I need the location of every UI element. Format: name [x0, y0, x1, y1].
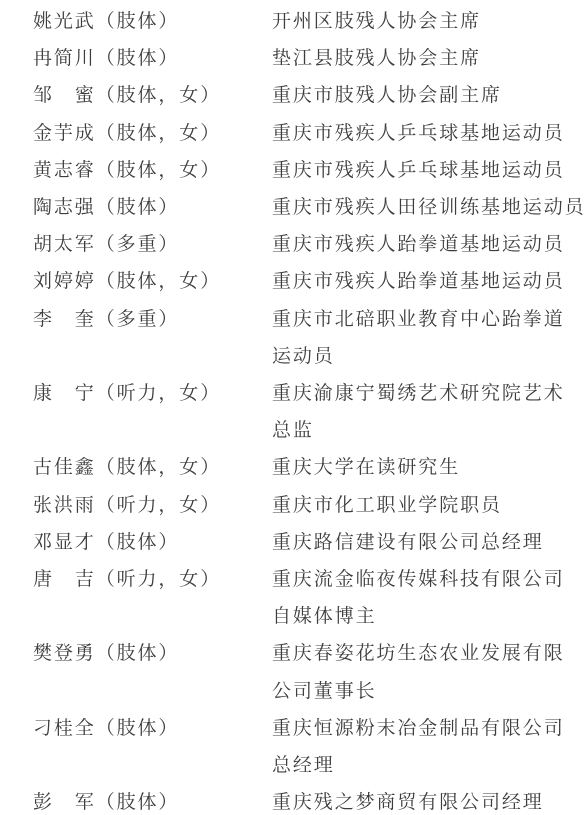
entry-name: 黄志睿（肢体，女） [33, 152, 272, 189]
entry-name: 康 宁（听力，女） [33, 375, 272, 412]
entry-title: 重庆市化工职业学院职员 [272, 487, 585, 524]
entry-title-line: 重庆市北碚职业教育中心跆拳道 [272, 301, 585, 338]
entry-title-line: 总经理 [272, 747, 585, 784]
entry-title-line: 开州区肢残人协会主席 [272, 3, 585, 40]
entry-name: 陶志强（肢体） [33, 189, 272, 226]
entry-title: 重庆春姿花坊生态农业发展有限公司董事长 [272, 635, 585, 709]
entry-title-line: 重庆大学在读研究生 [272, 449, 585, 486]
entry-name: 古佳鑫（肢体，女） [33, 449, 272, 486]
entry-title-line: 垫江县肢残人协会主席 [272, 40, 585, 77]
entry-name: 彭 军（肢体） [33, 784, 272, 815]
entry-title-line: 重庆流金临夜传媒科技有限公司 [272, 561, 585, 598]
entry-title: 重庆市残疾人乒乓球基地运动员 [272, 152, 585, 189]
list-entry-row: 黄志睿（肢体，女） 重庆市残疾人乒乓球基地运动员 [33, 152, 585, 189]
list-entry-row: 唐 吉（听力，女） 重庆流金临夜传媒科技有限公司自媒体博主 [33, 561, 585, 635]
entry-name: 胡太军（多重） [33, 226, 272, 263]
entry-title-line: 重庆市残疾人田径训练基地运动员 [272, 189, 585, 226]
entry-title: 重庆市残疾人田径训练基地运动员 [272, 189, 585, 226]
entry-title: 重庆市残疾人乒乓球基地运动员 [272, 115, 585, 152]
entry-title-line: 重庆市残疾人跆拳道基地运动员 [272, 226, 585, 263]
entry-title-line: 总监 [272, 412, 585, 449]
entry-title: 重庆渝康宁蜀绣艺术研究院艺术总监 [272, 375, 585, 449]
list-entry-row: 邹 蜜（肢体，女） 重庆市肢残人协会副主席 [33, 77, 585, 114]
list-entry-row: 康 宁（听力，女） 重庆渝康宁蜀绣艺术研究院艺术总监 [33, 375, 585, 449]
list-entry-row: 冉简川（肢体） 垫江县肢残人协会主席 [33, 40, 585, 77]
entry-title-line: 重庆市残疾人跆拳道基地运动员 [272, 263, 585, 300]
list-entry-row: 李 奎（多重） 重庆市北碚职业教育中心跆拳道运动员 [33, 301, 585, 375]
entry-name: 张洪雨（听力，女） [33, 487, 272, 524]
entry-title-line: 重庆市残疾人乒乓球基地运动员 [272, 152, 585, 189]
entry-title-line: 公司董事长 [272, 673, 585, 710]
entry-title: 重庆恒源粉末冶金制品有限公司总经理 [272, 710, 585, 784]
entry-title-line: 重庆市化工职业学院职员 [272, 487, 585, 524]
entry-title: 重庆残之梦商贸有限公司经理 [272, 784, 585, 815]
list-entry-row: 樊登勇（肢体） 重庆春姿花坊生态农业发展有限公司董事长 [33, 635, 585, 709]
list-entry-row: 陶志强（肢体） 重庆市残疾人田径训练基地运动员 [33, 189, 585, 226]
list-entry-row: 张洪雨（听力，女） 重庆市化工职业学院职员 [33, 487, 585, 524]
entry-title-line: 重庆渝康宁蜀绣艺术研究院艺术 [272, 375, 585, 412]
list-entry-row: 胡太军（多重） 重庆市残疾人跆拳道基地运动员 [33, 226, 585, 263]
entry-title: 重庆市残疾人跆拳道基地运动员 [272, 226, 585, 263]
entry-title: 开州区肢残人协会主席 [272, 3, 585, 40]
entry-name: 姚光武（肢体） [33, 3, 272, 40]
entry-title-line: 重庆市残疾人乒乓球基地运动员 [272, 115, 585, 152]
entry-title: 重庆市肢残人协会副主席 [272, 77, 585, 114]
entry-title-line: 重庆恒源粉末冶金制品有限公司 [272, 710, 585, 747]
entry-title-line: 重庆残之梦商贸有限公司经理 [272, 784, 585, 815]
entry-title: 重庆市北碚职业教育中心跆拳道运动员 [272, 301, 585, 375]
list-entry-row: 姚光武（肢体） 开州区肢残人协会主席 [33, 3, 585, 40]
entry-title-line: 重庆春姿花坊生态农业发展有限 [272, 635, 585, 672]
entry-title: 重庆流金临夜传媒科技有限公司自媒体博主 [272, 561, 585, 635]
list-entry-row: 刁桂全（肢体） 重庆恒源粉末冶金制品有限公司总经理 [33, 710, 585, 784]
entry-name: 李 奎（多重） [33, 301, 272, 338]
entry-name: 金芋成（肢体，女） [33, 115, 272, 152]
entry-name: 刘婷婷（肢体，女） [33, 263, 272, 300]
entry-title: 重庆路信建设有限公司总经理 [272, 524, 585, 561]
list-entry-row: 古佳鑫（肢体，女） 重庆大学在读研究生 [33, 449, 585, 486]
entry-name: 刁桂全（肢体） [33, 710, 272, 747]
list-entry-row: 刘婷婷（肢体，女） 重庆市残疾人跆拳道基地运动员 [33, 263, 585, 300]
list-entry-row: 邓显才（肢体） 重庆路信建设有限公司总经理 [33, 524, 585, 561]
entry-title-line: 运动员 [272, 338, 585, 375]
list-entry-row: 金芋成（肢体，女） 重庆市残疾人乒乓球基地运动员 [33, 115, 585, 152]
entry-title-line: 自媒体博主 [272, 598, 585, 635]
entry-title: 重庆大学在读研究生 [272, 449, 585, 486]
entry-title-line: 重庆路信建设有限公司总经理 [272, 524, 585, 561]
entry-name: 邓显才（肢体） [33, 524, 272, 561]
entry-title: 垫江县肢残人协会主席 [272, 40, 585, 77]
list-entry-row: 彭 军（肢体） 重庆残之梦商贸有限公司经理 [33, 784, 585, 815]
entry-title: 重庆市残疾人跆拳道基地运动员 [272, 263, 585, 300]
entry-name: 樊登勇（肢体） [33, 635, 272, 672]
entry-name: 冉简川（肢体） [33, 40, 272, 77]
honoree-list-document: 姚光武（肢体） 开州区肢残人协会主席 冉简川（肢体） 垫江县肢残人协会主席 邹 … [0, 0, 585, 815]
entry-name: 唐 吉（听力，女） [33, 561, 272, 598]
entry-title-line: 重庆市肢残人协会副主席 [272, 77, 585, 114]
entry-name: 邹 蜜（肢体，女） [33, 77, 272, 114]
